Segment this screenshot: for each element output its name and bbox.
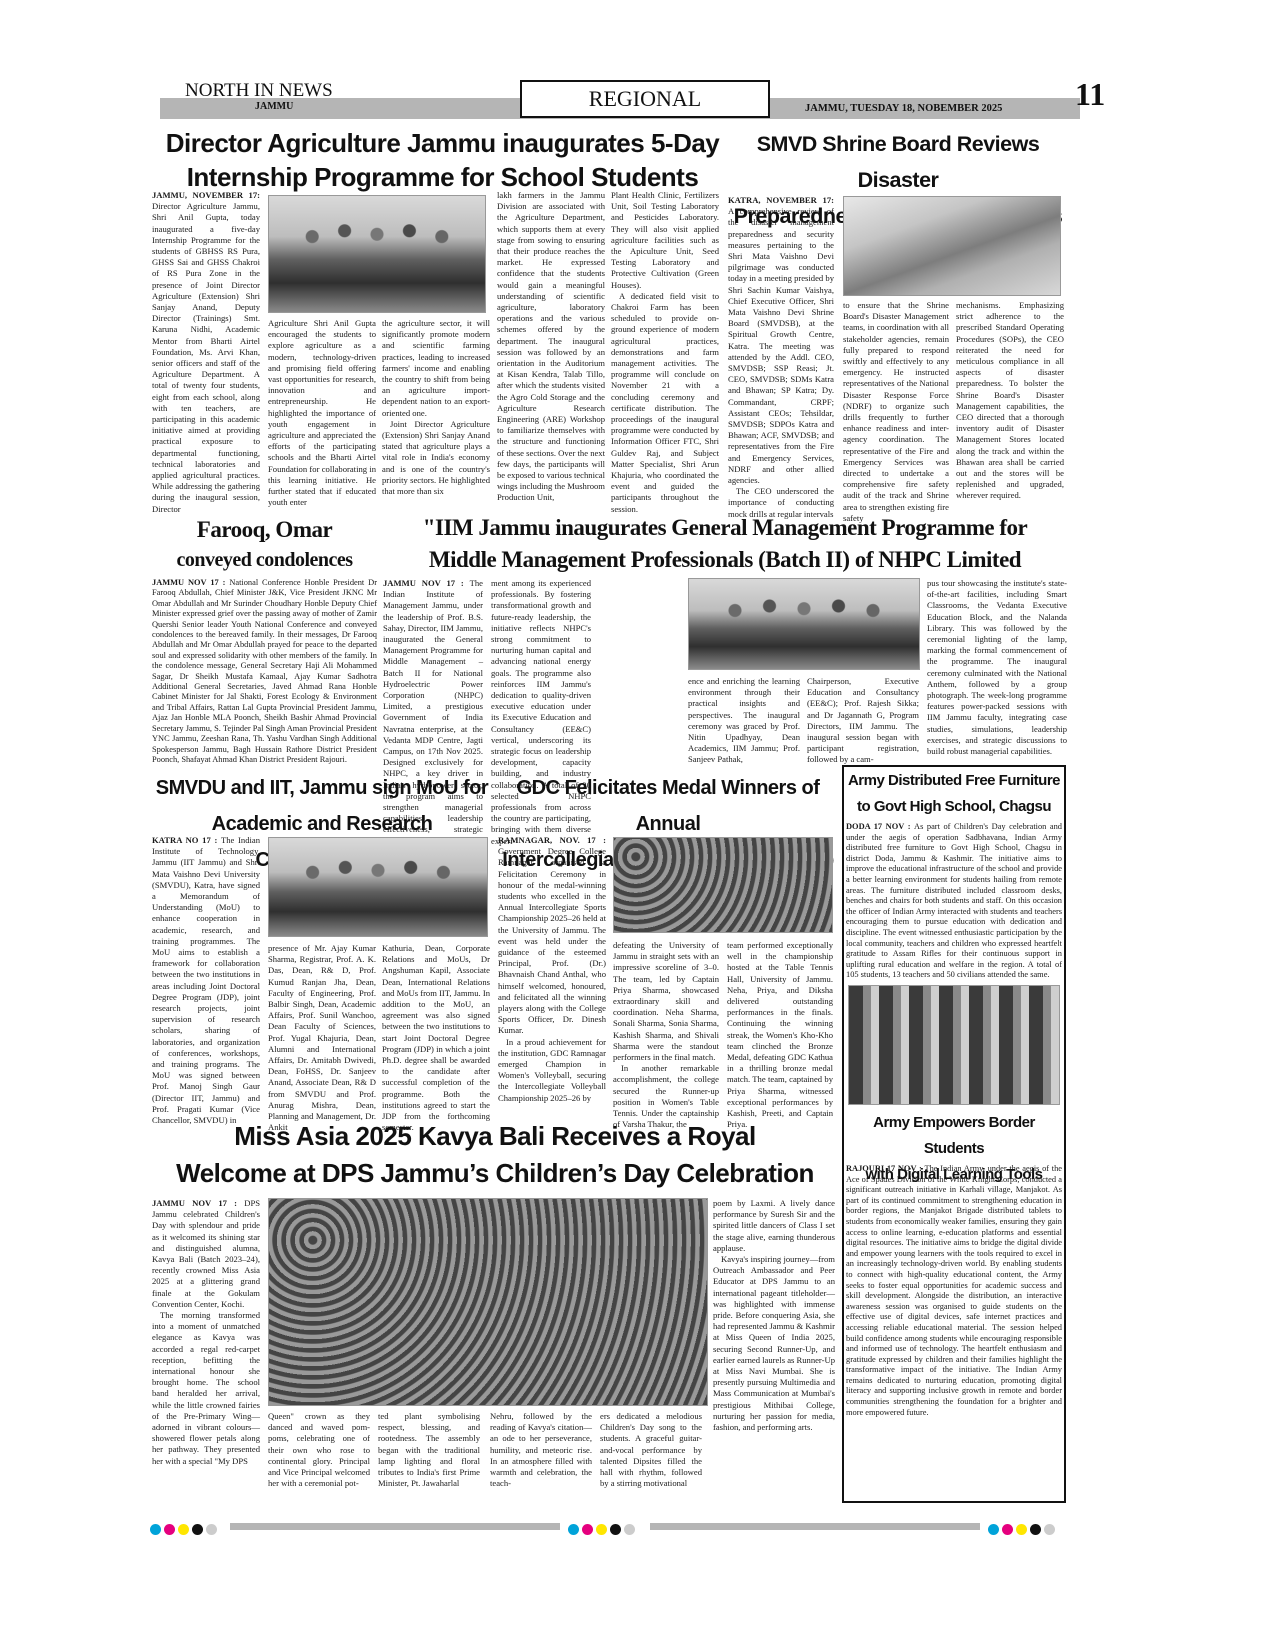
- body-text: Director Agriculture Jammu, Shri Anil Gu…: [152, 201, 260, 513]
- dateline: KATRA, NOVEMBER 17:: [728, 195, 834, 205]
- body-text: Kavya's inspiring journey—from Outreach …: [713, 1254, 835, 1433]
- article-column: the agriculture sector, it will signific…: [382, 318, 490, 497]
- body-text: ers dedicated a melodious Children's Day…: [600, 1411, 702, 1488]
- headline-line: conveyed condolences: [152, 545, 377, 575]
- cyan-dot-icon: [150, 1524, 161, 1535]
- article-column: mechanisms. Emphasizing strict adherence…: [956, 300, 1064, 502]
- article-column: Kathuria, Dean, Corporate Relations and …: [382, 943, 490, 1133]
- article-column: lakh farmers in the Jammu Division are a…: [497, 190, 605, 504]
- headline-line: Miss Asia 2025 Kavya Bali Receives a Roy…: [152, 1118, 838, 1155]
- body-text: National Conference Honble President Dr …: [152, 578, 377, 764]
- headline-line: Army Distributed Free Furniture: [846, 768, 1062, 794]
- body-text: to ensure that the Shrine Board's Disast…: [843, 300, 949, 523]
- headline-line: Army Empowers Border Students: [846, 1110, 1062, 1162]
- registration-dots-left: [150, 1520, 220, 1538]
- body-text: Chairperson, Executive Education and Con…: [807, 676, 919, 764]
- dateline: JAMMU NOV 17 :: [152, 578, 229, 587]
- black-dot-icon: [1030, 1524, 1041, 1535]
- body-text: Government Degree College Ramnagar organ…: [498, 846, 606, 1035]
- body-text: In a proud achievement for the instituti…: [498, 1037, 606, 1104]
- yellow-dot-icon: [596, 1524, 607, 1535]
- photo-iim-group: [688, 578, 920, 670]
- headline-line: SMVD Shrine Board Reviews Disaster: [728, 126, 1068, 198]
- body-text: A comprehensive review of the disaster m…: [728, 206, 834, 485]
- headline-line: Middle Management Professionals (Batch I…: [380, 544, 1070, 576]
- footer-bar-left: [230, 1523, 560, 1530]
- dateline: JAMMU NOV 17 :: [383, 578, 470, 588]
- grey-dot-icon: [624, 1524, 635, 1535]
- article-column: team performed exceptionally well in the…: [727, 940, 833, 1130]
- article-column: Queen" crown as they danced and waved po…: [268, 1411, 370, 1489]
- body-text: DPS Jammu celebrated Children's Day with…: [152, 1198, 260, 1309]
- body-text: pus tour showcasing the institute's stat…: [927, 578, 1067, 756]
- body-text: poem by Laxmi. A lively dance performanc…: [713, 1198, 835, 1253]
- photo-agriculture-group: [268, 195, 486, 313]
- headline-line: SMVDU and IIT, Jammu sign MoU for: [152, 770, 492, 806]
- headline-line: Welcome at DPS Jammu’s Children’s Day Ce…: [152, 1155, 838, 1192]
- article-column: JAMMU NOV 17 : DPS Jammu celebrated Chil…: [152, 1198, 260, 1467]
- article-column: Plant Health Clinic, Fertilizers Unit, S…: [611, 190, 719, 515]
- article-column: Chairperson, Executive Education and Con…: [807, 676, 919, 766]
- page-number: 11: [1075, 76, 1105, 113]
- headline: Farooq, Omar conveyed condolences: [152, 515, 377, 575]
- body-text: Plant Health Clinic, Fertilizers Unit, S…: [611, 190, 719, 290]
- newspaper-city: JAMMU: [255, 101, 293, 112]
- body-text: The Indian Institute of Technology, Jamm…: [152, 835, 260, 1125]
- footer-color-bar: [150, 1520, 1070, 1534]
- section-label: REGIONAL: [520, 80, 770, 118]
- body-text: the agriculture sector, it will signific…: [382, 318, 490, 418]
- black-dot-icon: [192, 1524, 203, 1535]
- headline: Miss Asia 2025 Kavya Bali Receives a Roy…: [152, 1118, 838, 1192]
- article-column: ence and enriching the learning environm…: [688, 676, 800, 766]
- newspaper-name: NORTH IN NEWS: [185, 80, 333, 102]
- article-column: poem by Laxmi. A lively dance performanc…: [713, 1198, 835, 1433]
- dateline: JAMMU, NOVEMBER 17:: [152, 190, 260, 200]
- article-column: KATRA, NOVEMBER 17: A comprehensive revi…: [728, 195, 834, 520]
- body-text: As part of Children's Day celebration an…: [846, 822, 1062, 979]
- article-column: presence of Mr. Ajay Kumar Sharma, Regis…: [268, 943, 376, 1133]
- body-text: The Indian Army, under the aegis of the …: [846, 1164, 1062, 1417]
- registration-dots-center: [568, 1520, 638, 1538]
- body-text: A dedicated field visit to Chakroi Farm …: [611, 291, 719, 515]
- article-column: Agriculture Shri Anil Gupta encouraged t…: [268, 318, 376, 508]
- grey-dot-icon: [206, 1524, 217, 1535]
- body-text: mechanisms. Emphasizing strict adherence…: [956, 300, 1064, 500]
- article-column: JAMMU NOV 17 : National Conference Honbl…: [152, 578, 377, 765]
- article-column: to ensure that the Shrine Board's Disast…: [843, 300, 949, 524]
- magenta-dot-icon: [582, 1524, 593, 1535]
- black-dot-icon: [610, 1524, 621, 1535]
- article-column: RAJOURI 17 NOV : The Indian Army, under …: [846, 1164, 1062, 1418]
- photo-dps-celebration: [268, 1198, 708, 1406]
- photo-mou-signing: [268, 837, 488, 937]
- headline-line: GDC Felicitates Medal Winners of Annual: [498, 770, 838, 842]
- magenta-dot-icon: [1002, 1524, 1013, 1535]
- dateline: DODA 17 NOV :: [846, 822, 914, 831]
- body-text: The morning transformed into a moment of…: [152, 1310, 260, 1467]
- article-column: ted plant symbolising respect, blessing,…: [378, 1411, 480, 1489]
- article-column: defeating the University of Jammu in str…: [613, 940, 719, 1130]
- headline-line: Farooq, Omar: [152, 515, 377, 545]
- article-column: JAMMU, NOVEMBER 17: Director Agriculture…: [152, 190, 260, 515]
- body-text: Nehru, followed by the reading of Kavya'…: [490, 1411, 592, 1488]
- body-text: ence and enriching the learning environm…: [688, 676, 800, 764]
- photo-medal-winners: [613, 837, 833, 933]
- article-column: Nehru, followed by the reading of Kavya'…: [490, 1411, 592, 1489]
- headline-line: to Govt High School, Chagsu: [846, 794, 1062, 820]
- body-text: Queen" crown as they danced and waved po…: [268, 1411, 370, 1488]
- issue-date: JAMMU, TUESDAY 18, NOBEMBER 2025: [805, 103, 1002, 114]
- headline-line: Director Agriculture Jammu inaugurates 5…: [160, 126, 725, 160]
- grey-dot-icon: [1044, 1524, 1055, 1535]
- headline-line: "IIM Jammu inaugurates General Managemen…: [380, 512, 1070, 544]
- dateline: KATRA NO 17 :: [152, 835, 221, 845]
- headline: Director Agriculture Jammu inaugurates 5…: [160, 126, 725, 194]
- body-text: Agriculture Shri Anil Gupta encouraged t…: [268, 318, 376, 507]
- registration-dots-right: [988, 1520, 1058, 1538]
- dateline: JAMMU NOV 17 :: [152, 1198, 244, 1208]
- dateline: RAJOURI 17 NOV :: [846, 1164, 925, 1173]
- cyan-dot-icon: [568, 1524, 579, 1535]
- body-text: presence of Mr. Ajay Kumar Sharma, Regis…: [268, 943, 376, 1132]
- body-text: Joint Director Agriculture (Extension) S…: [382, 419, 490, 497]
- headline: "IIM Jammu inaugurates General Managemen…: [380, 512, 1070, 576]
- article-column: DODA 17 NOV : As part of Children's Day …: [846, 822, 1062, 981]
- article-column: pus tour showcasing the institute's stat…: [927, 578, 1067, 757]
- yellow-dot-icon: [1016, 1524, 1027, 1535]
- body-text: Kathuria, Dean, Corporate Relations and …: [382, 943, 490, 1132]
- photo-school-furniture: [848, 985, 1060, 1105]
- body-text: defeating the University of Jammu in str…: [613, 940, 719, 1062]
- article-column: KATRA NO 17 : The Indian Institute of Te…: [152, 835, 260, 1126]
- footer-bar-right: [650, 1523, 980, 1530]
- article-column: ers dedicated a melodious Children's Day…: [600, 1411, 702, 1489]
- headline-line: Internship Programme for School Students: [160, 160, 725, 194]
- body-text: team performed exceptionally well in the…: [727, 940, 833, 1129]
- yellow-dot-icon: [178, 1524, 189, 1535]
- photo-meeting: [843, 196, 1061, 296]
- article-column: RAMNAGAR, NOV. 17 : Government Degree Co…: [498, 835, 606, 1104]
- body-text: ted plant symbolising respect, blessing,…: [378, 1411, 480, 1488]
- magenta-dot-icon: [164, 1524, 175, 1535]
- dateline: RAMNAGAR, NOV. 17 :: [498, 835, 606, 845]
- headline: Army Distributed Free Furniture to Govt …: [846, 768, 1062, 820]
- body-text: lakh farmers in the Jammu Division are a…: [497, 190, 605, 502]
- cyan-dot-icon: [988, 1524, 999, 1535]
